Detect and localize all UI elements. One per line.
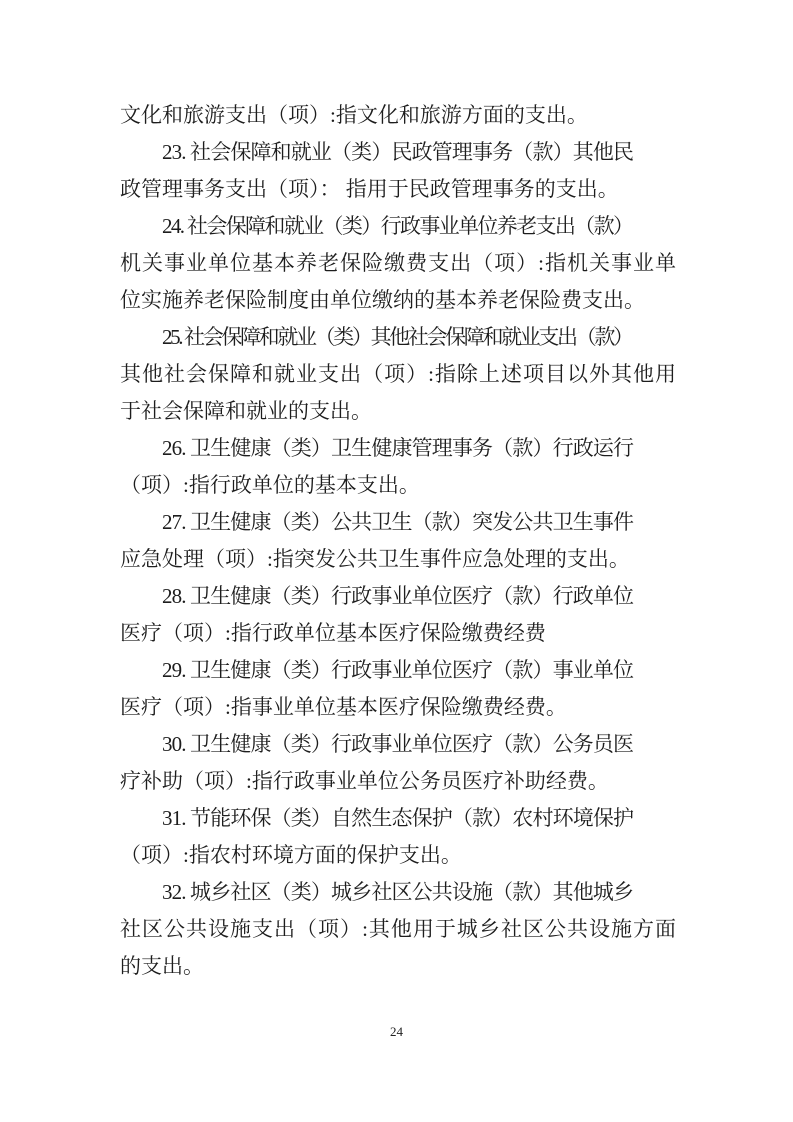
text-line: 27. 卫生健康（类）公共卫生（款）突发公共卫生事件 <box>120 504 676 541</box>
text-line: 疗补助（项）:指行政事业单位公务员医疗补助经费。 <box>120 763 676 800</box>
text-line: 政管理事务支出（项）： 指用于民政管理事务的支出。 <box>120 171 676 208</box>
page-number: 24 <box>0 1024 793 1040</box>
text-line: 23. 社会保障和就业（类）民政管理事务（款）其他民 <box>120 134 676 171</box>
text-line: 社区公共设施支出（项）:其他用于城乡社区公共设施方面 <box>120 911 676 948</box>
text-line: 应急处理（项）:指突发公共卫生事件应急处理的支出。 <box>120 541 676 578</box>
text-line: 28. 卫生健康（类）行政事业单位医疗（款）行政单位 <box>120 578 676 615</box>
text-line: 30. 卫生健康（类）行政事业单位医疗（款）公务员医 <box>120 726 676 763</box>
document-paragraphs: 文化和旅游支出（项）:指文化和旅游方面的支出。23. 社会保障和就业（类）民政管… <box>120 97 676 985</box>
text-line: 医疗（项）:指行政单位基本医疗保险缴费经费 <box>120 615 676 652</box>
text-line: 位实施养老保险制度由单位缴纳的基本养老保险费支出。 <box>120 282 676 319</box>
text-line: 的支出。 <box>120 948 676 985</box>
text-line: 于社会保障和就业的支出。 <box>120 393 676 430</box>
text-line: 医疗（项）:指事业单位基本医疗保险缴费经费。 <box>120 689 676 726</box>
document-page: 文化和旅游支出（项）:指文化和旅游方面的支出。23. 社会保障和就业（类）民政管… <box>0 0 793 1122</box>
text-line: 文化和旅游支出（项）:指文化和旅游方面的支出。 <box>120 97 676 134</box>
text-line: 机关事业单位基本养老保险缴费支出（项）:指机关事业单 <box>120 245 676 282</box>
text-line: 32. 城乡社区（类）城乡社区公共设施（款）其他城乡 <box>120 874 676 911</box>
text-line: （项）:指行政单位的基本支出。 <box>120 467 676 504</box>
text-line: 25. 社会保障和就业（类）其他社会保障和就业支出（款） <box>120 319 676 356</box>
text-line: 26. 卫生健康（类）卫生健康管理事务（款）行政运行 <box>120 430 676 467</box>
text-line: 其他社会保障和就业支出（项）:指除上述项目以外其他用 <box>120 356 676 393</box>
text-line: （项）:指农村环境方面的保护支出。 <box>120 837 676 874</box>
text-line: 31. 节能环保（类）自然生态保护（款）农村环境保护 <box>120 800 676 837</box>
text-line: 24. 社会保障和就业（类）行政事业单位养老支出（款） <box>120 208 676 245</box>
text-line: 29. 卫生健康（类）行政事业单位医疗（款）事业单位 <box>120 652 676 689</box>
